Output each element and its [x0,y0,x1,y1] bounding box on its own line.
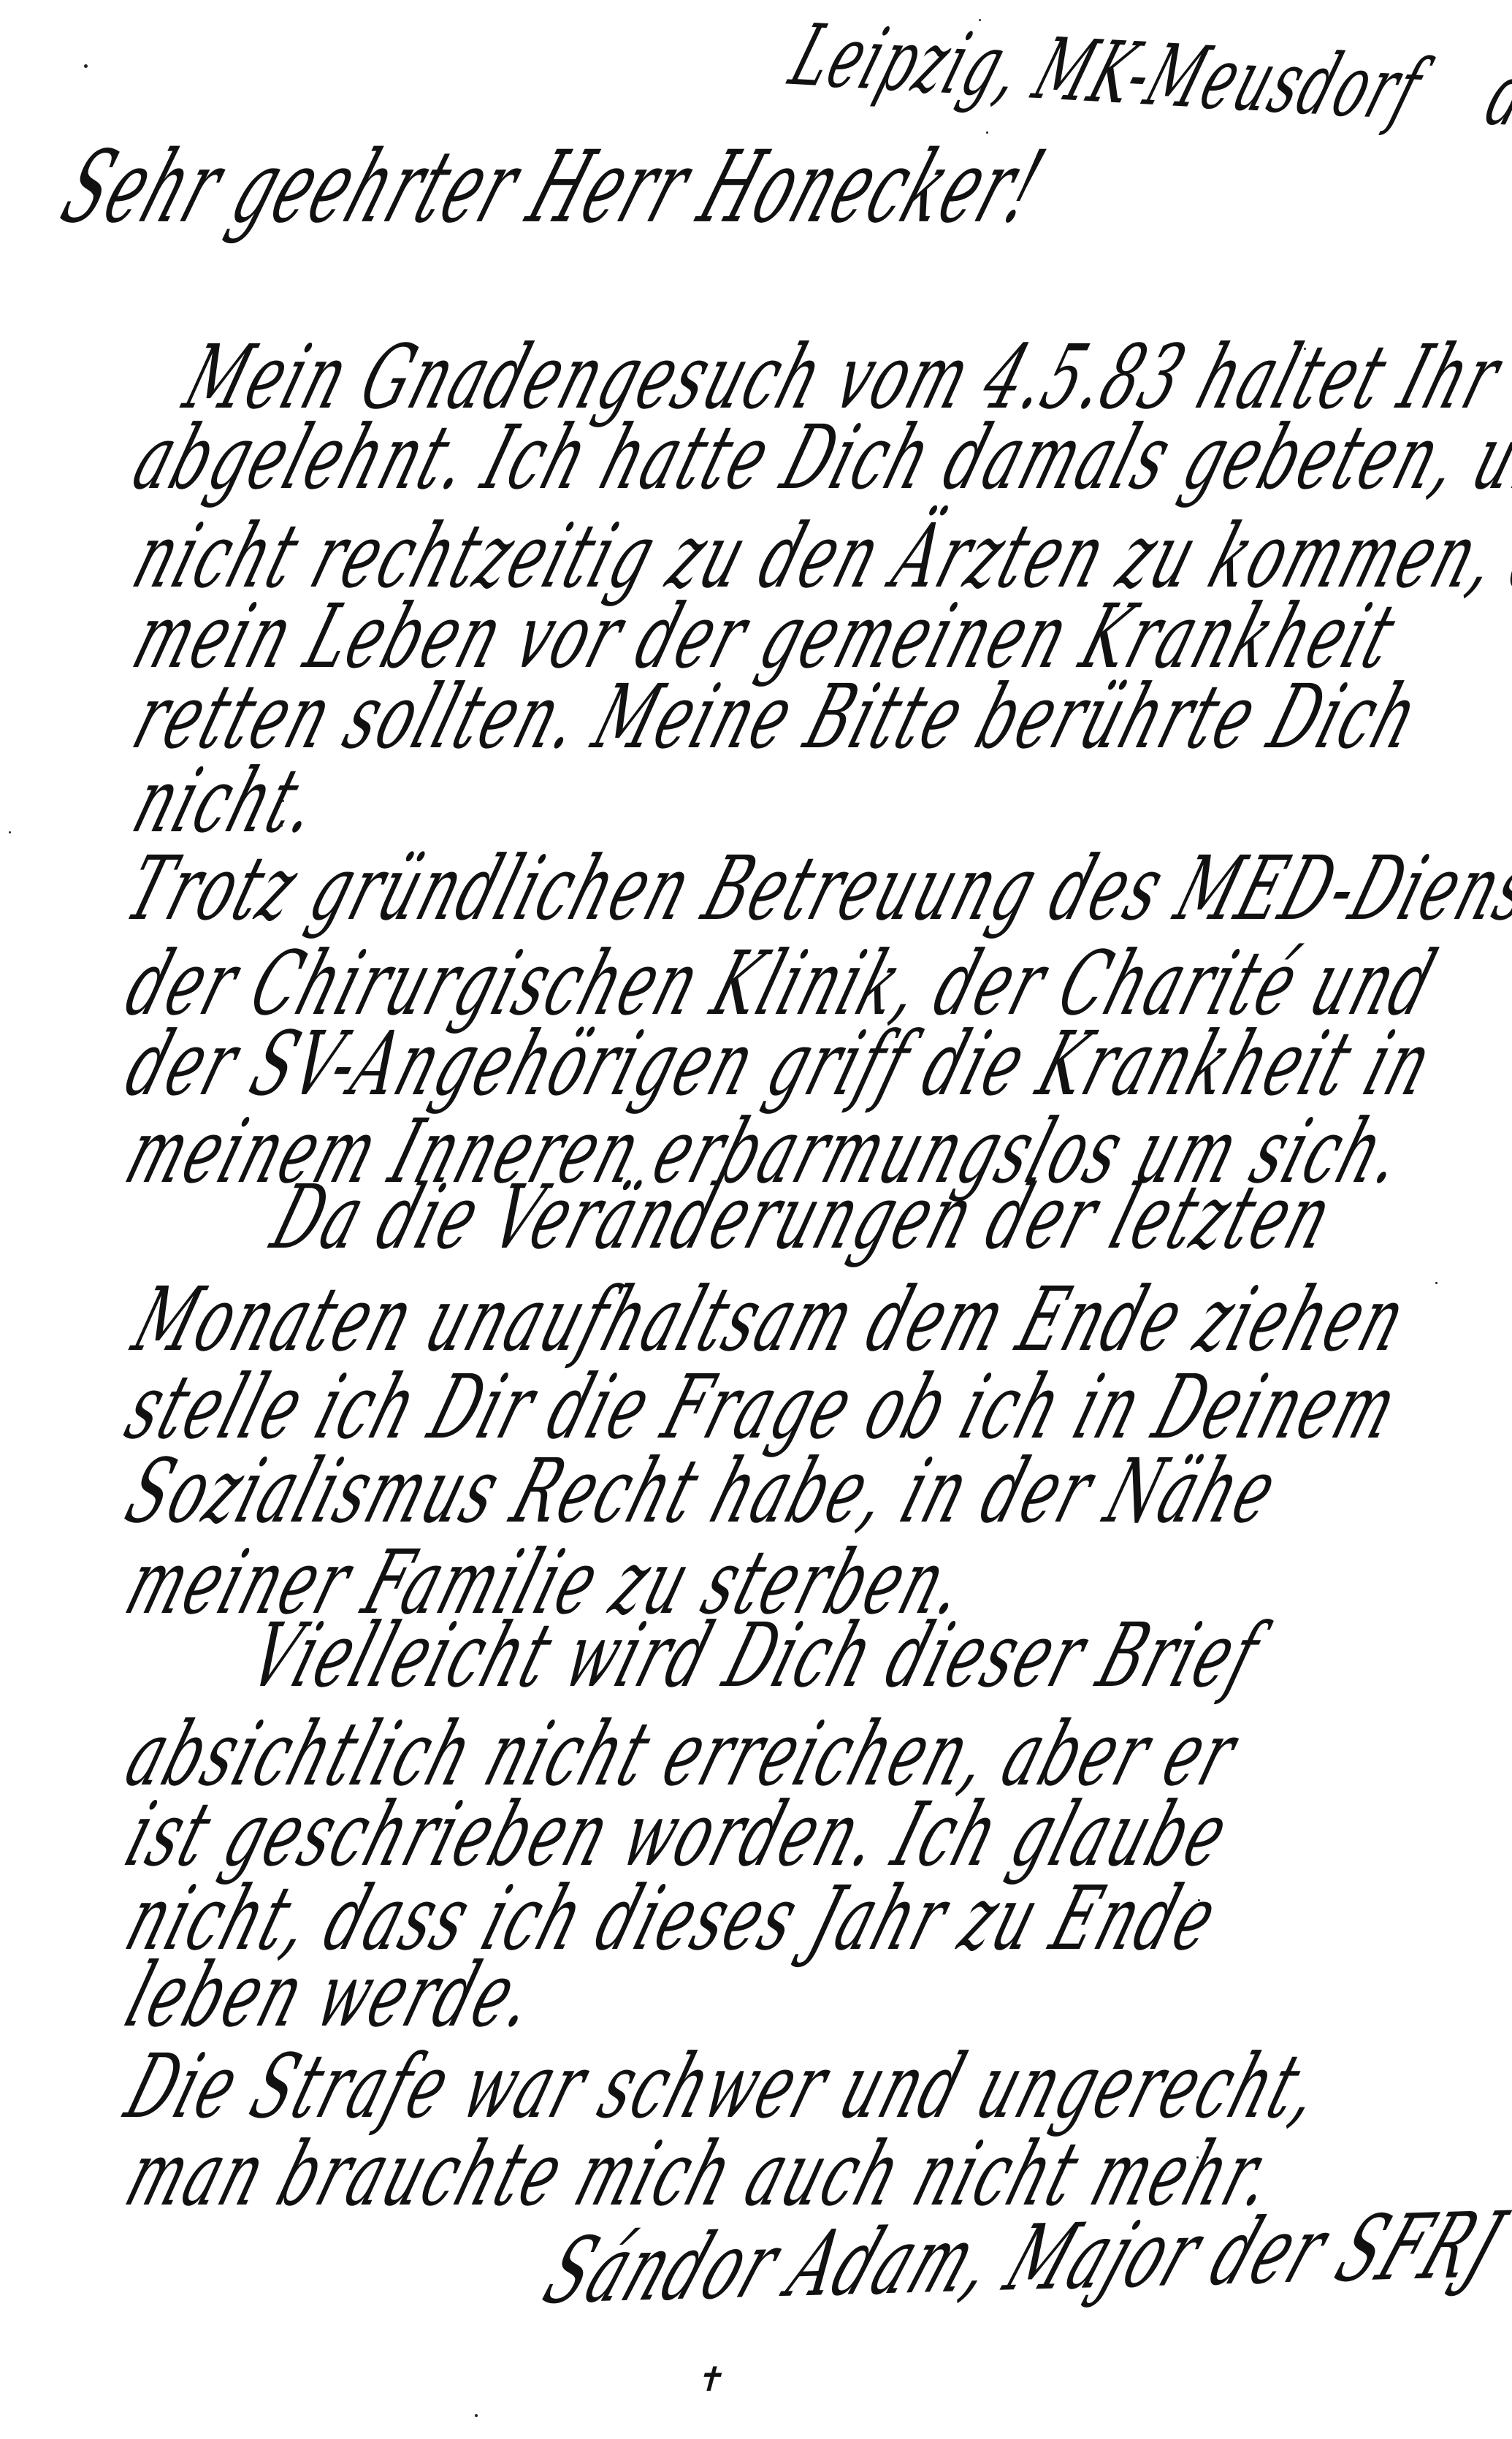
scan-speck [1304,348,1306,350]
cross-mark-icon: ✝ [692,2359,731,2399]
letter-line: der SV-Angehörigen griff die Krankheit i… [117,1020,1443,1109]
scan-speck [979,19,981,21]
scan-speck [1196,2156,1199,2159]
letter-date-prefix: den [1475,45,1512,148]
scan-speck [282,800,284,802]
scan-speck [1198,1899,1200,1901]
letter-place: Leipzig, MK-Meusdorf [779,5,1436,139]
letter-line: stelle ich Dir die Frage ob ich in Deine… [117,1364,1408,1452]
letter-line: Vielleicht wird Dich dieser Brief [241,1612,1270,1701]
scan-speck [1435,1282,1437,1284]
scan-speck [280,824,283,827]
letter-signature: Sándor Adam, Major der SFRJ [533,2200,1512,2318]
letter-line: Trotz gründlichen Betreuung des MED-Dien… [117,845,1512,934]
letter-line: nicht. [124,757,331,846]
letter-line: Die Strafe war schwer und ungerecht, [117,2043,1332,2131]
letter-salutation: Sehr geehrter Herr Honecker! [51,138,1057,237]
scan-speck [84,64,88,68]
scan-speck [475,2414,478,2417]
letter-line: ist geschrieben worden. Ich glaube [117,1791,1239,1879]
scan-speck [986,131,988,134]
letter-line: abgelehnt. Ich hatte Dich damals gebeten… [124,414,1512,503]
letter-line: leben werde. [117,1952,547,2040]
letter-page: Leipzig, MK-Meusdorf den 15.6.84 Sehr ge… [0,0,1512,2439]
letter-line: retten sollten. Meine Bitte berührte Dic… [124,673,1429,762]
letter-line: Da die Veränderungen der letzten [263,1174,1343,1262]
scan-speck [1178,1682,1180,1684]
letter-line: Monaten unaufhaltsam dem Ende ziehen [124,1276,1417,1364]
letter-line: Sozialismus Recht habe, in der Nähe [117,1448,1288,1536]
scan-speck [9,831,11,833]
